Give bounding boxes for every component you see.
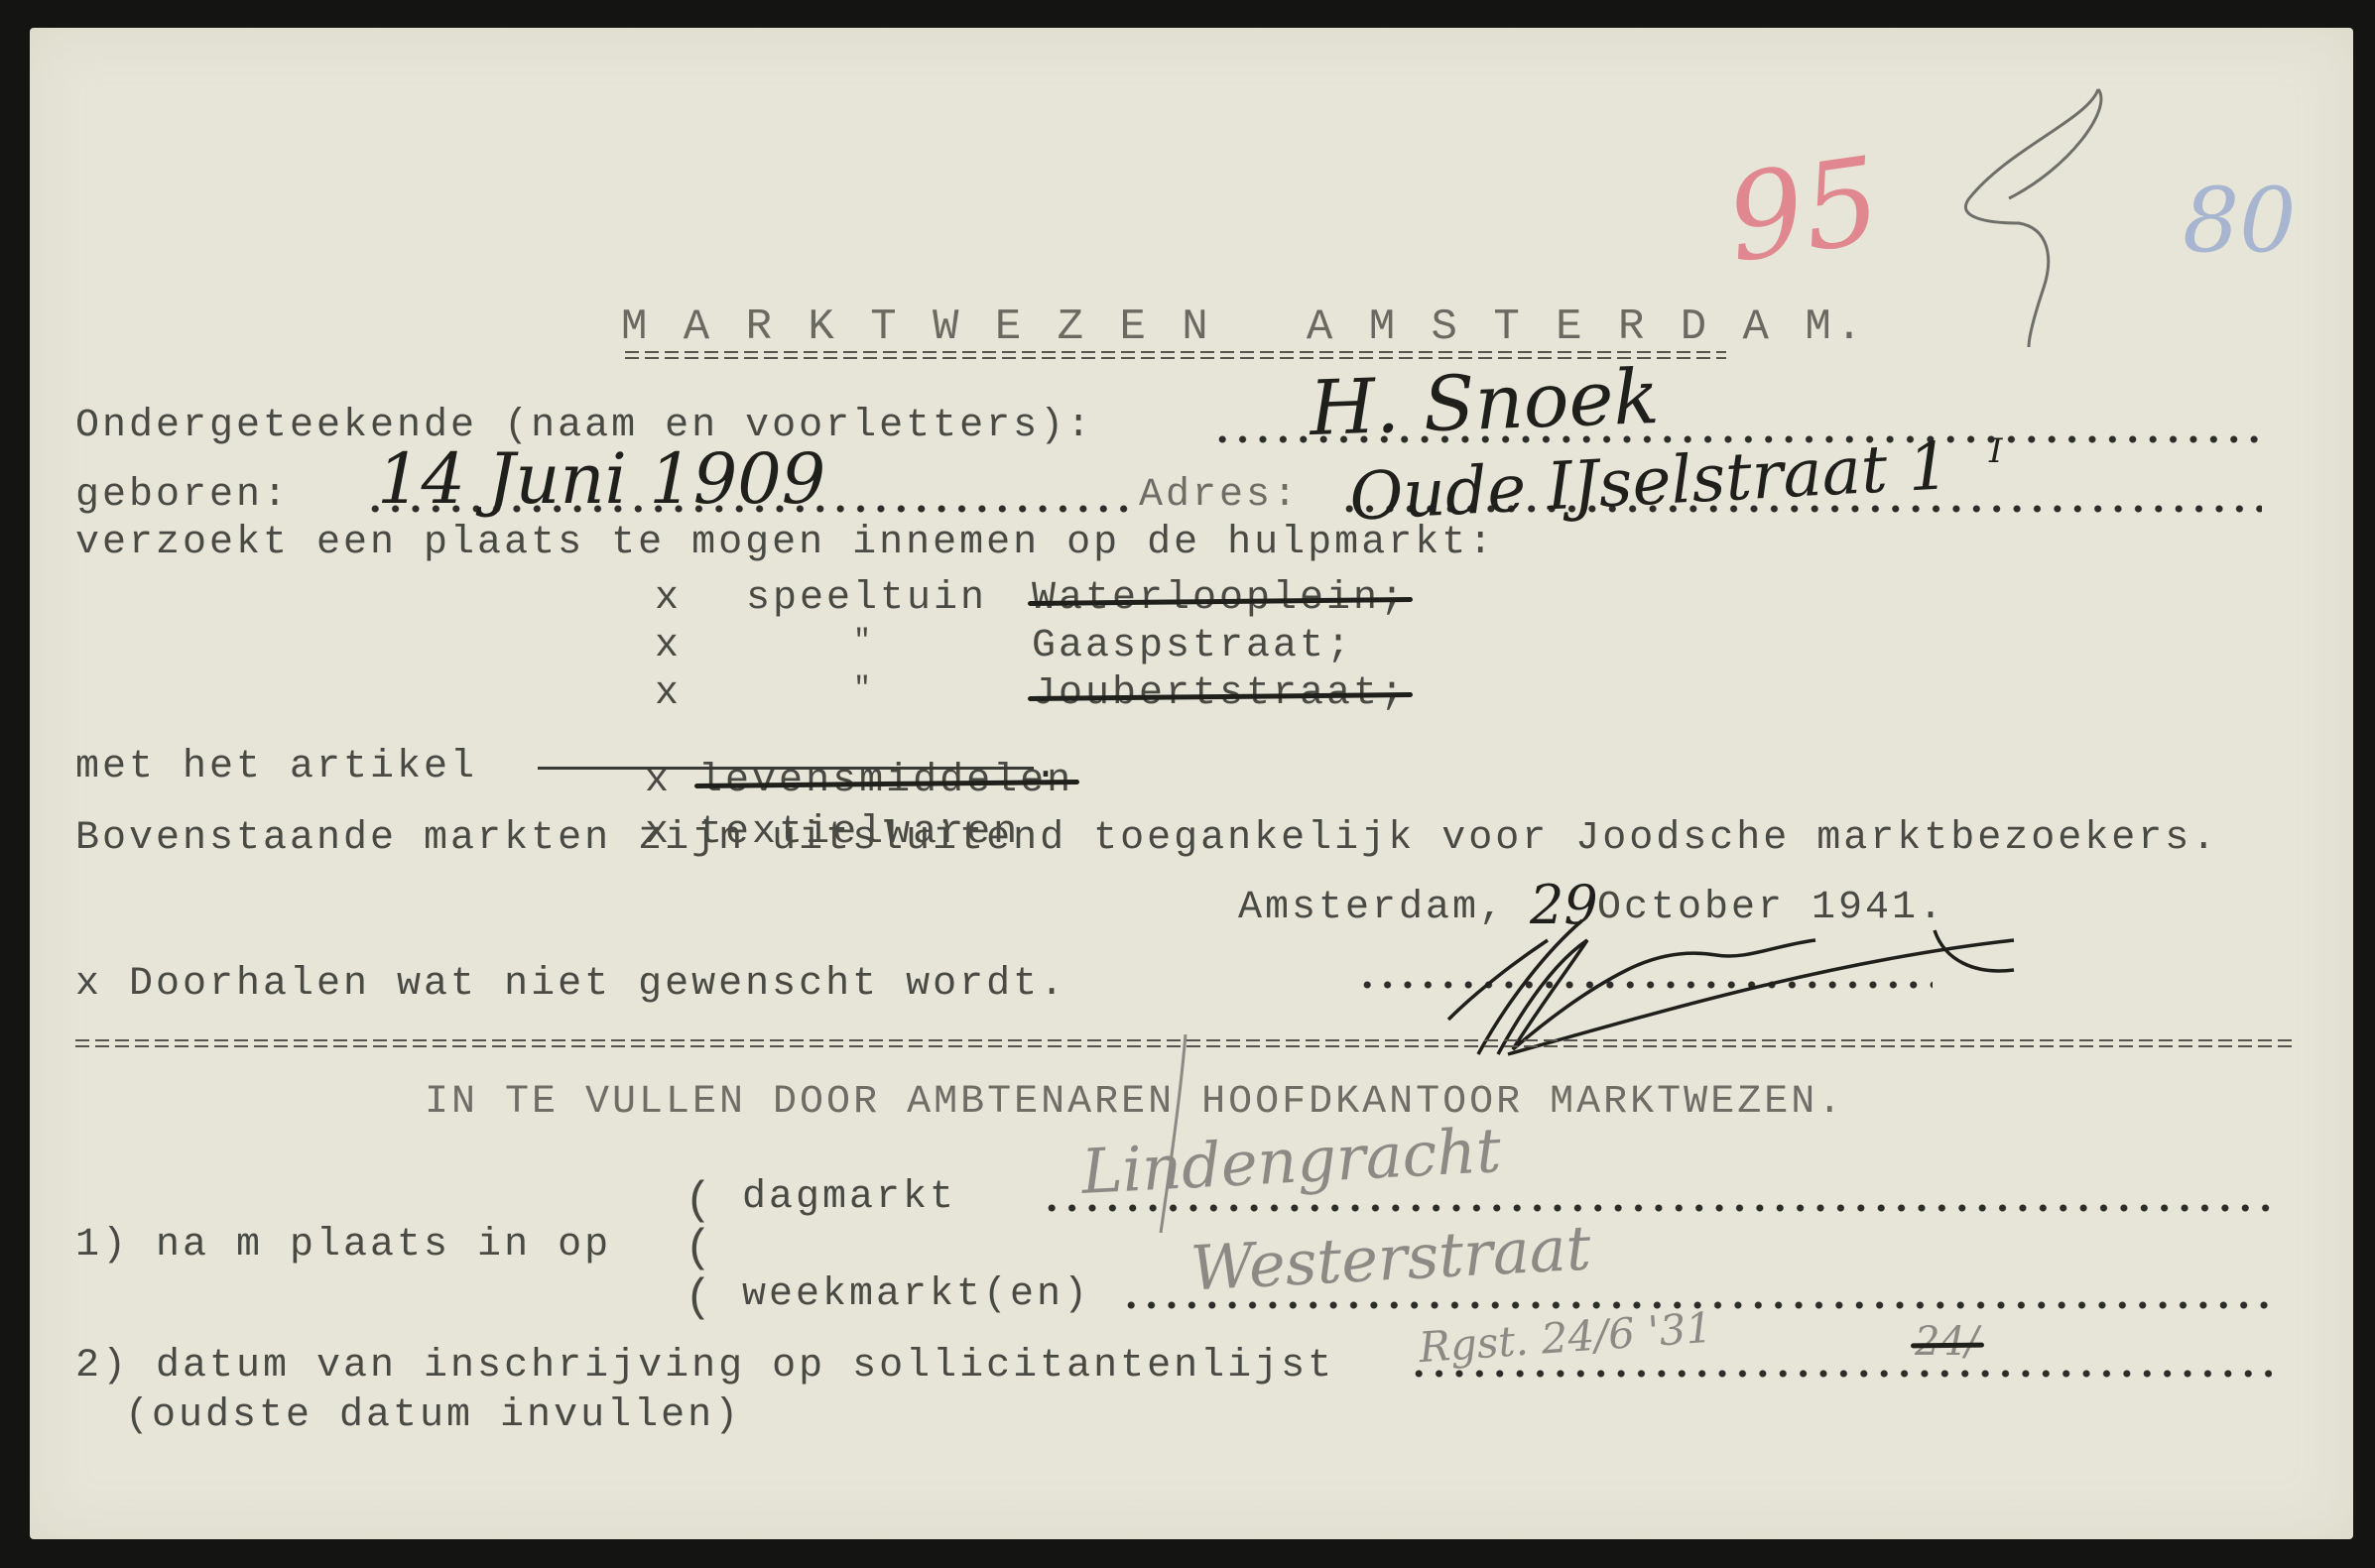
item2-struck-value: 24/ bbox=[1915, 1322, 1978, 1362]
footnote: x Doorhalen wat niet gewenscht wordt. bbox=[75, 965, 1066, 1005]
dagmarkt-field-dots bbox=[1042, 1203, 2272, 1213]
blue-pencil-number: 80 bbox=[2183, 177, 2297, 266]
address-label: Adres: bbox=[1139, 476, 1300, 516]
market-prefix: " bbox=[853, 674, 874, 704]
request-line: verzoekt een plaats te mogen innemen op … bbox=[75, 524, 1495, 563]
article-label: met het artikel bbox=[75, 748, 477, 787]
pencil-section-mark-icon bbox=[1949, 89, 2148, 347]
market-mark: x bbox=[655, 579, 682, 619]
weekmarkt-field-value[interactable]: Westerstraat bbox=[1189, 1217, 1592, 1299]
address-field-value[interactable]: Oude IJselstraat 1 bbox=[1348, 433, 1951, 531]
item2-label: 2) datum van inschrijving op sollicitant… bbox=[75, 1347, 1334, 1387]
item1-label: 1) na m plaats in op bbox=[75, 1226, 611, 1266]
market-name-struck: Joubertstraat; bbox=[1032, 671, 1407, 716]
bracket-bottom: ( bbox=[685, 1275, 715, 1321]
item2-field-dots bbox=[1409, 1369, 2272, 1379]
born-field-value[interactable]: 14 Juni 1909 bbox=[377, 444, 825, 514]
dagmarkt-field-value[interactable]: Lindengracht bbox=[1080, 1120, 1503, 1203]
market-name-struck: Waterlooplein; bbox=[1032, 576, 1407, 621]
dagmarkt-label: dagmarkt bbox=[742, 1178, 956, 1218]
market-prefix: " bbox=[853, 627, 874, 657]
item2-field-value[interactable]: Rgst. 24/6 '31 bbox=[1418, 1307, 1714, 1370]
registration-card: 95 80 M A R K T W E Z E N A M S T E R D … bbox=[30, 28, 2353, 1539]
address-floor-value: I bbox=[1989, 434, 2002, 468]
red-pencil-number: 95 bbox=[1720, 142, 1887, 281]
fraction-line bbox=[538, 767, 1034, 770]
name-field-value[interactable]: H. Snoek bbox=[1309, 359, 1661, 446]
notice-line: Bovenstaande markten zijn uitsluitend to… bbox=[75, 819, 2218, 859]
born-label: geboren: bbox=[75, 476, 290, 516]
office-section-title: IN TE VULLEN DOOR AMBTENAREN HOOFDKANTOO… bbox=[425, 1083, 1844, 1123]
bracket-top: ( bbox=[685, 1178, 715, 1224]
market-mark: x bbox=[655, 627, 682, 666]
market-name: Gaaspstraat; bbox=[1032, 627, 1353, 666]
market-prefix: speeltuin bbox=[746, 579, 987, 619]
page-title: M A R K T W E Z E N A M S T E R D A M. bbox=[621, 305, 1867, 349]
bracket-mid: ( bbox=[685, 1226, 715, 1271]
article-period: . bbox=[1034, 748, 1061, 787]
signature-icon bbox=[1419, 901, 2034, 1059]
market-mark: x bbox=[655, 674, 682, 714]
item2-note: (oudste datum invullen) bbox=[125, 1396, 741, 1436]
weekmarkt-label: weekmarkt(en) bbox=[742, 1275, 1090, 1315]
